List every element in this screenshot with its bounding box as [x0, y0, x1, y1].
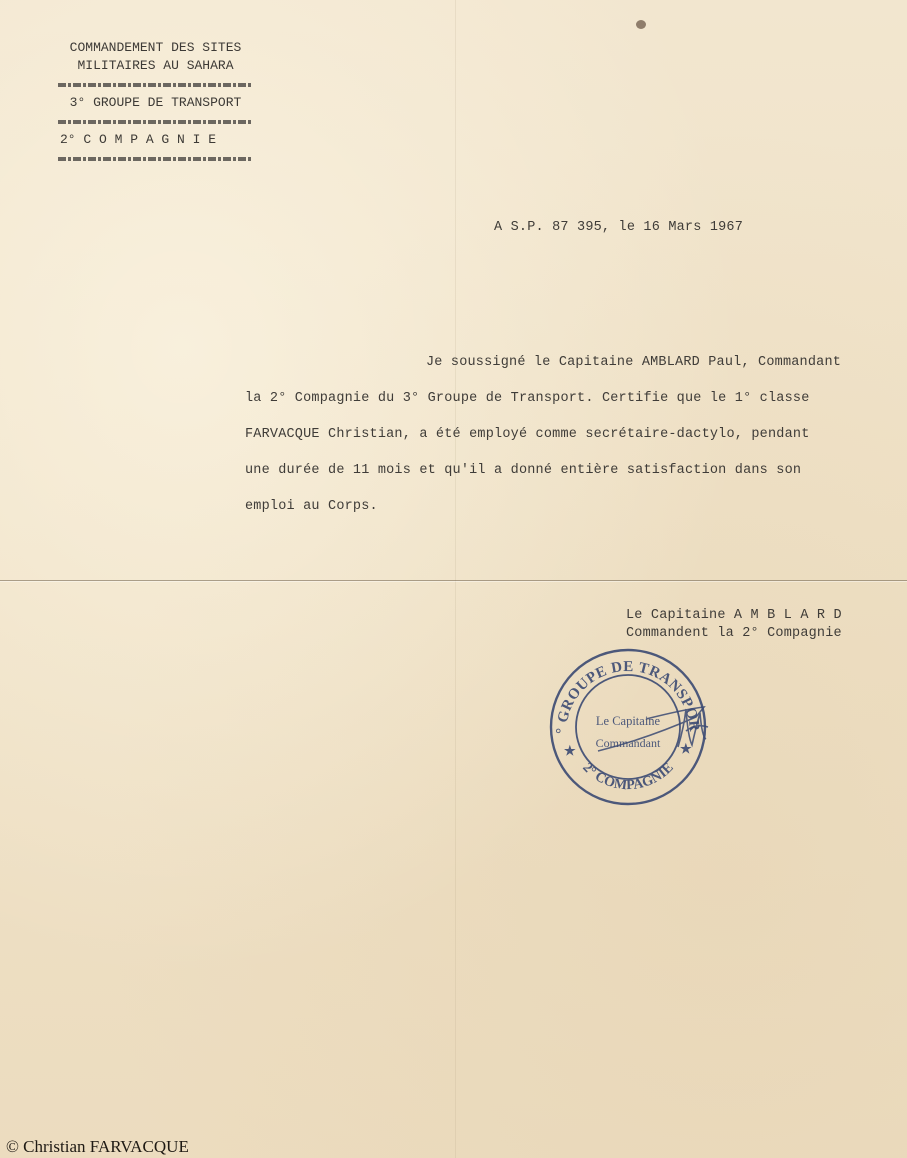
star-icon: ★	[564, 743, 576, 758]
horizontal-fold-mark	[0, 580, 907, 581]
body-line: FARVACQUE Christian, a été employé comme…	[245, 427, 810, 442]
stamp-ring-bottom: 2° COMPAGNIE	[579, 760, 676, 793]
letterhead-sahara: MILITAIRES AU SAHARA	[58, 58, 253, 73]
letterhead-company: 2° C O M P A G N I E	[60, 132, 255, 147]
copyright-notice: © Christian FARVACQUE	[6, 1137, 189, 1157]
vertical-fold-mark	[455, 0, 456, 1158]
chain-divider	[58, 157, 251, 161]
stamp-center-line1: Le Capitaine	[596, 714, 661, 728]
ink-stain	[636, 20, 646, 29]
body-line: une durée de 11 mois et qu'il a donné en…	[245, 463, 801, 478]
signature-role: Commandent la 2° Compagnie	[626, 626, 842, 641]
svg-text:2° COMPAGNIE: 2° COMPAGNIE	[579, 760, 676, 793]
letterhead-command: COMMANDEMENT DES SITES	[58, 40, 253, 55]
star-icon: ★	[680, 741, 692, 756]
chain-divider	[58, 83, 251, 87]
body-line: emploi au Corps.	[245, 499, 378, 514]
body-line: Je soussigné le Capitaine AMBLARD Paul, …	[426, 355, 841, 370]
date-line: A S.P. 87 395, le 16 Mars 1967	[494, 220, 743, 235]
unit-stamp: 3° GROUPE DE TRANSPORT 2° COMPAGNIE ★ ★ …	[546, 647, 710, 807]
signature-title: Le Capitaine A M B L A R D	[626, 608, 842, 623]
letterhead-group: 3° GROUPE DE TRANSPORT	[58, 95, 253, 110]
chain-divider	[58, 120, 251, 124]
body-line: la 2° Compagnie du 3° Groupe de Transpor…	[245, 391, 810, 406]
